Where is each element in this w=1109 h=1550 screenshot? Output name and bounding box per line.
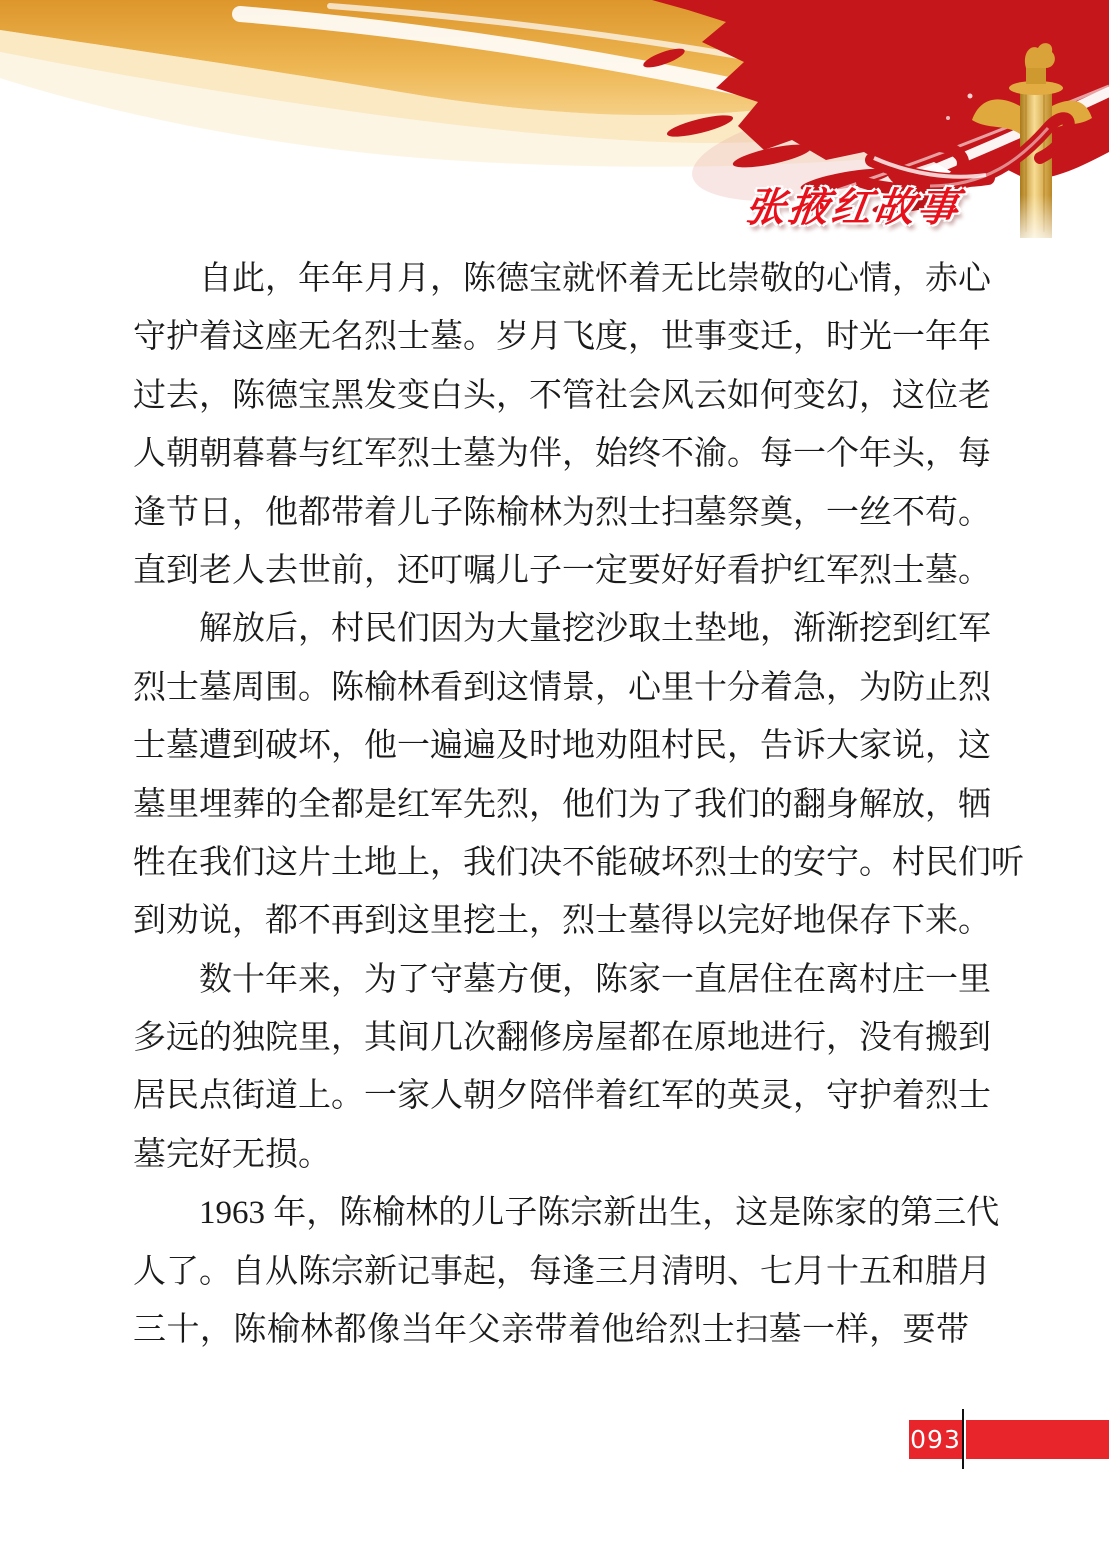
body-text: 自此，年年月月，陈德宝就怀着无比崇敬的心情，赤心 守护着这座无名烈士墓。岁月飞度…: [133, 250, 969, 1359]
text-line: 士墓遭到破坏，他一遍遍及时地劝阻村民，告诉大家说，这: [133, 717, 969, 775]
text-line: 墓里埋葬的全都是红军先烈，他们为了我们的翻身解放，牺: [133, 776, 969, 834]
text-line: 1963 年，陈榆林的儿子陈宗新出生，这是陈家的第三代: [133, 1184, 969, 1242]
text-line: 多远的独院里，其间几次翻修房屋都在原地进行，没有搬到: [133, 1009, 969, 1067]
text-line: 到劝说，都不再到这里挖土，烈士墓得以完好地保存下来。: [133, 892, 969, 950]
text-line: 逢节日，他都带着儿子陈榆林为烈士扫墓祭奠，一丝不苟。: [133, 484, 969, 542]
text-line: 自此，年年月月，陈德宝就怀着无比崇敬的心情，赤心: [133, 250, 969, 308]
text-line: 解放后，村民们因为大量挖沙取土垫地，渐渐挖到红军: [133, 600, 969, 658]
text-line: 居民点街道上。一家人朝夕陪伴着红军的英灵，守护着烈士: [133, 1067, 969, 1125]
text-line: 墓完好无损。: [133, 1126, 969, 1184]
text-line: 三十，陈榆林都像当年父亲带着他给烈士扫墓一样，要带: [133, 1301, 969, 1359]
book-series-title: 张掖红故事: [742, 176, 990, 233]
text-line: 守护着这座无名烈士墓。岁月飞度，世事变迁，时光一年年: [133, 308, 969, 366]
footer-divider-line: [962, 1409, 964, 1469]
footer-accent-bar: [966, 1420, 1109, 1459]
text-line: 人朝朝暮暮与红军烈士墓为伴，始终不渝。每一个年头，每: [133, 425, 969, 483]
text-line: 数十年来，为了守墓方便，陈家一直居住在离村庄一里: [133, 951, 969, 1009]
page-number-badge: 093: [909, 1420, 962, 1459]
text-line: 烈士墓周围。陈榆林看到这情景，心里十分着急，为防止烈: [133, 659, 969, 717]
text-line: 过去，陈德宝黑发变白头，不管社会风云如何变幻，这位老: [133, 367, 969, 425]
text-line: 直到老人去世前，还叮嘱儿子一定要好好看护红军烈士墓。: [133, 542, 969, 600]
text-line: 牲在我们这片土地上，我们决不能破坏烈士的安宁。村民们听: [133, 834, 969, 892]
text-line: 人了。自从陈宗新记事起，每逢三月清明、七月十五和腊月: [133, 1243, 969, 1301]
book-page: { "header": { "series_title": "张掖红故事", "…: [0, 0, 1109, 1550]
